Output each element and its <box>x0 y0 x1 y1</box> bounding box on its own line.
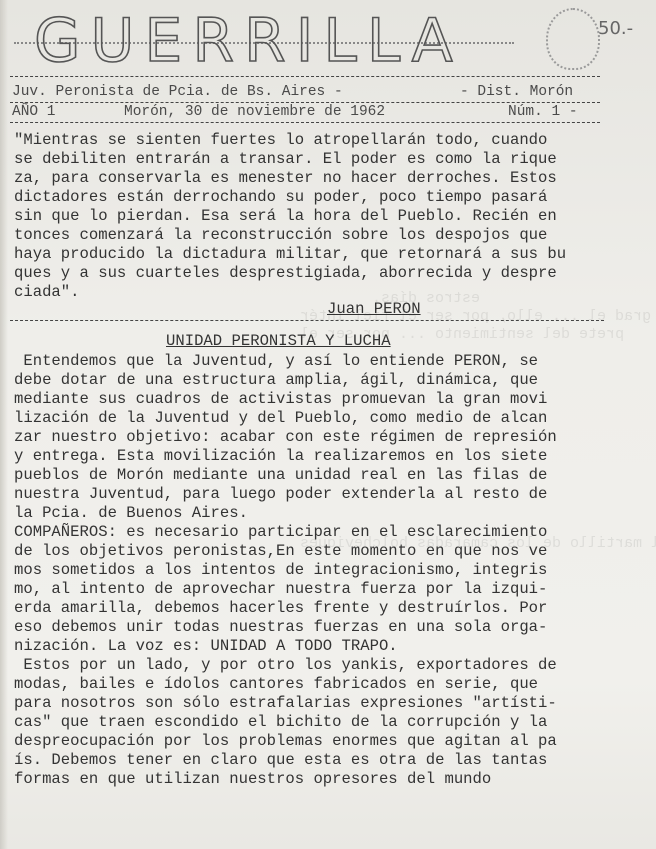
article-line: erda amarilla, debemos hacerles frente y… <box>14 599 634 618</box>
handwritten-price: 50.- <box>598 18 633 39</box>
newsletter-title: GUERRILLA <box>34 10 463 72</box>
header-rule-middle <box>10 102 600 103</box>
article-line: eso debemos unir todas nuestras fuerzas … <box>14 618 634 637</box>
article-line: nuestra Juventud, para luego poder exten… <box>14 485 634 504</box>
article-line: Entendemos que la Juventud, y así lo ent… <box>14 352 634 371</box>
article-body: Entendemos que la Juventud, y así lo ent… <box>14 352 634 789</box>
quote-line: se debiliten entrarán a transar. El pode… <box>14 150 634 169</box>
article-line: despreocupación por los problemas enorme… <box>14 732 634 751</box>
stamp-seal-icon <box>546 8 600 70</box>
article-line: debe dotar de una estructura amplia, ági… <box>14 371 634 390</box>
article-line: mo, al intento de aprovechar nuestra fue… <box>14 580 634 599</box>
article-line: modas, bailes e ídolos cantores fabricad… <box>14 675 634 694</box>
article-line: para nosotros son sólo estrafalarias exp… <box>14 694 634 713</box>
publisher-line: Juv. Peronista de Pcia. de Bs. Aires - <box>12 84 343 100</box>
peron-quote: "Mientras se sienten fuertes lo atropell… <box>14 131 634 302</box>
page-edge-shadow <box>0 0 8 849</box>
article-line: formas en que utilizan nuestros opresore… <box>14 770 634 789</box>
article-line: la Pcia. de Buenos Aires. <box>14 504 634 523</box>
article-line: pueblos de Morón mediante una unidad rea… <box>14 466 634 485</box>
quote-separator-rule <box>10 320 604 321</box>
masthead: GUERRILLA <box>14 10 534 72</box>
article-line: mediante sus cuadros de activistas promu… <box>14 390 634 409</box>
issue-number: Núm. 1 - <box>508 104 578 120</box>
quote-line: tonces comenzará la reconstrucción sobre… <box>14 226 634 245</box>
quote-signature: Juan PERON <box>327 300 421 318</box>
quote-line: za, para conservarla es menester no hace… <box>14 169 634 188</box>
quote-line: ques y a sus cuarteles desprestigiada, a… <box>14 264 634 283</box>
header-rule-top <box>10 76 600 77</box>
article-line: Estos por un lado, y por otro los yankis… <box>14 656 634 675</box>
article-title: UNIDAD PERONISTA Y LUCHA <box>166 332 391 350</box>
quote-line: dictadores están derrochando su poder, p… <box>14 188 634 207</box>
scanned-page: estros días. PERON es grad el ... ello, … <box>0 0 656 849</box>
quote-line: sin que lo pierdan. Esa será la hora del… <box>14 207 634 226</box>
article-line: nización. La voz es: UNIDAD A TODO TRAPO… <box>14 637 634 656</box>
article-line: ís. Debemos tener en claro que esta es o… <box>14 751 634 770</box>
quote-line: haya producido la dictadura militar, que… <box>14 245 634 264</box>
article-line: mos sometidos a los intentos de integrac… <box>14 561 634 580</box>
article-line: y entrega. Esta movilización la realizar… <box>14 447 634 466</box>
district-label: - Dist. Morón <box>460 84 573 100</box>
header-rule-bottom <box>10 122 600 123</box>
article-line: cas" que traen escondido el bichito de l… <box>14 713 634 732</box>
dateline: Morón, 30 de noviembre de 1962 <box>124 104 385 120</box>
year-label: AÑO 1 <box>12 104 56 120</box>
article-line: de los objetivos peronistas,En este mome… <box>14 542 634 561</box>
quote-line: ciada". <box>14 283 634 302</box>
article-line: COMPAÑEROS: es necesario participar en e… <box>14 523 634 542</box>
quote-line: "Mientras se sienten fuertes lo atropell… <box>14 131 634 150</box>
article-line: lización de la Juventud y del Pueblo, co… <box>14 409 634 428</box>
article-line: zar nuestro objetivo: acabar con este ré… <box>14 428 634 447</box>
